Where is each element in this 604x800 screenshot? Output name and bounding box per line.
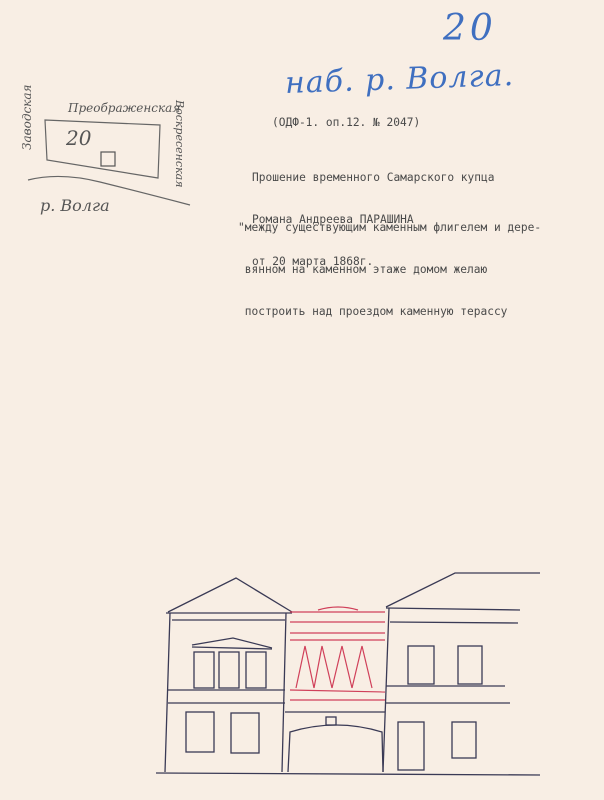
document-page: 20 наб. р. Волга. (ОДФ-1. оп.12. № 2047)… — [0, 0, 604, 800]
facade-drawing — [0, 0, 604, 800]
